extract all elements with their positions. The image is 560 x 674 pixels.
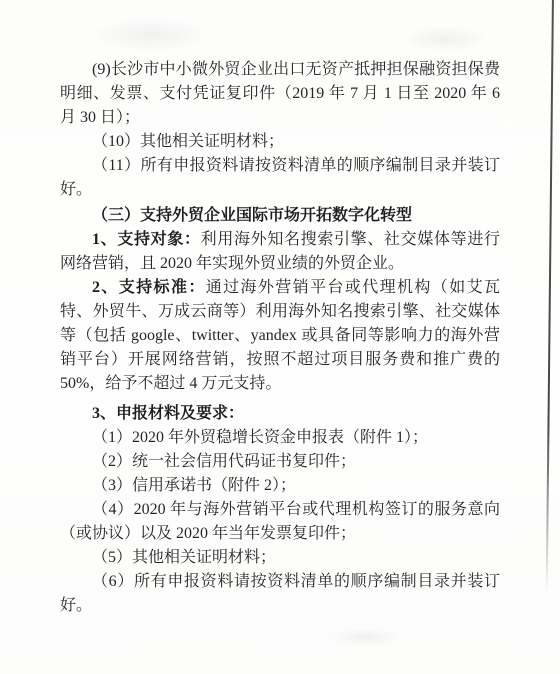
section-heading-three: （三）支持外贸企业国际市场开拓数字化转型 xyxy=(60,204,500,228)
paragraph-text: （10）其他相关证明材料； xyxy=(92,133,284,150)
paragraph-text: （5）其他相关证明材料； xyxy=(92,549,276,566)
scan-page-edge-line xyxy=(546,0,554,592)
paragraph-label: 1、支持对象： xyxy=(92,231,201,248)
paragraph-item-9: (9)长沙市中小微外贸企业出口无资产抵押担保融资担保费明细、发票、支付凭证复印件… xyxy=(60,58,500,130)
paragraph-item-2: （2）统一社会信用代码证书复印件； xyxy=(60,450,500,474)
paragraph-item-4: （4）2020 年与海外营销平台或代理机构签订的服务意向（或协议）以及 2020… xyxy=(60,498,500,546)
paragraph-item-6: （6）所有申报资料请按资料清单的顺序编制目录并装订好。 xyxy=(60,570,500,618)
scan-smudge xyxy=(330,628,400,646)
paragraph-item-3: （3）信用承诺书（附件 2）； xyxy=(60,474,500,498)
scan-smudge xyxy=(400,26,490,52)
paragraph-text: （3）信用承诺书（附件 2）； xyxy=(92,477,296,494)
section-heading-text: （三）支持外贸企业国际市场开拓数字化转型 xyxy=(92,207,412,224)
paragraph-support-target: 1、支持对象：利用海外知名搜索引擎、社交媒体等进行网络营销，且 2020 年实现… xyxy=(60,228,500,276)
section-heading-text: 3、申报材料及要求： xyxy=(92,405,244,422)
paragraph-text: (9)长沙市中小微外贸企业出口无资产抵押担保融资担保费明细、发票、支付凭证复印件… xyxy=(60,61,500,126)
paragraph-support-standard: 2、支持标准：通过海外营销平台或代理机构（如艾瓦特、外贸牛、万成云商等）利用海外… xyxy=(60,276,500,396)
paragraph-text: （6）所有申报资料请按资料清单的顺序编制目录并装订好。 xyxy=(60,573,500,614)
paragraph-item-1: （1）2020 年外贸稳增长资金申报表（附件 1）； xyxy=(60,426,500,450)
document-body: (9)长沙市中小微外贸企业出口无资产抵押担保融资担保费明细、发票、支付凭证复印件… xyxy=(60,58,500,618)
paragraph-text: （2）统一社会信用代码证书复印件； xyxy=(92,453,356,470)
paragraph-text: （4）2020 年与海外营销平台或代理机构签订的服务意向（或协议）以及 2020… xyxy=(60,501,500,542)
paragraph-item-5: （5）其他相关证明材料； xyxy=(60,546,500,570)
paragraph-text: （1）2020 年外贸稳增长资金申报表（附件 1）； xyxy=(92,429,428,446)
document-page: (9)长沙市中小微外贸企业出口无资产抵押担保融资担保费明细、发票、支付凭证复印件… xyxy=(0,0,560,674)
paragraph-text: （11）所有申报资料请按资料清单的顺序编制目录并装订好。 xyxy=(60,157,500,198)
scan-smudge xyxy=(90,18,210,52)
paragraph-item-10: （10）其他相关证明材料； xyxy=(60,130,500,154)
paragraph-label: 2、支持标准： xyxy=(92,279,206,296)
section-heading-materials: 3、申报材料及要求： xyxy=(60,402,500,426)
paragraph-item-11: （11）所有申报资料请按资料清单的顺序编制目录并装订好。 xyxy=(60,154,500,202)
